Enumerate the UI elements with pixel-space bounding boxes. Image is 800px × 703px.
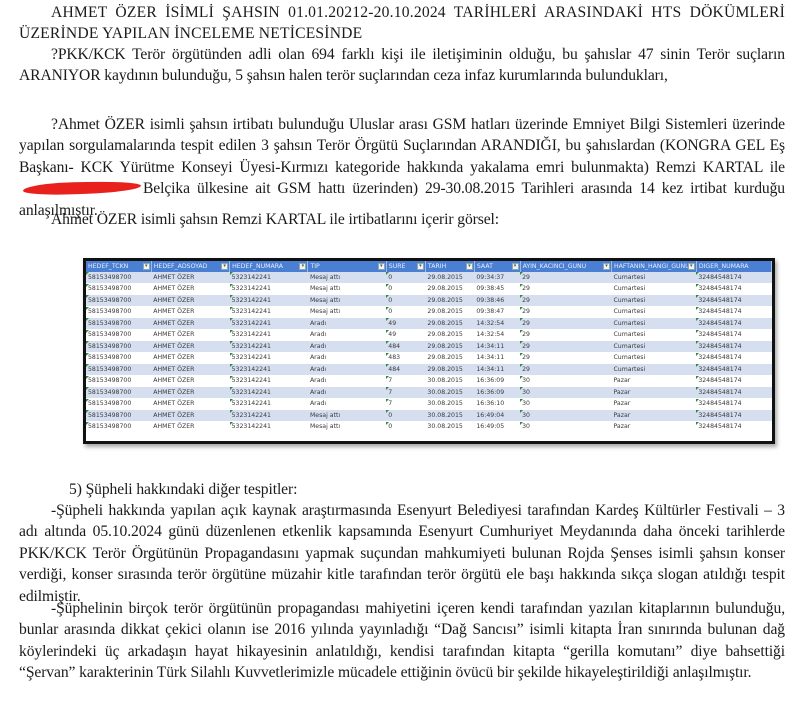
column-header-label: AYIN_KACINCI_GUNU	[523, 263, 587, 270]
cell-sure: 0	[386, 272, 425, 283]
cell-hedef-tckn: 58153498700	[86, 306, 151, 318]
cell-ayin-kacinci-gunu: 29	[520, 283, 611, 295]
cell-hedef-adsoyad: AHMET ÖZER	[151, 364, 229, 376]
column-header-hedef-numara[interactable]: HEDEF_NUMARA▾	[230, 261, 308, 272]
cell-hedef-numara: 5323142241	[230, 421, 308, 433]
table-row: 58153498700AHMET ÖZER5323142241Aradı730.…	[86, 387, 772, 399]
cell-hedef-adsoyad: AHMET ÖZER	[151, 318, 229, 330]
cell-tarih: 29.08.2015	[425, 341, 474, 353]
cell-saat: 16:49:05	[474, 421, 520, 433]
cell-hedef-tckn: 58153498700	[86, 421, 151, 433]
table-header-row: HEDEF_TCKN▾HEDEF_ADSOYAD▾HEDEF_NUMARA▾TI…	[86, 261, 772, 272]
paragraph-text-before-redaction: ?Ahmet ÖZER isimli şahsın irtibatı bulun…	[19, 116, 785, 176]
cell-hedef-tckn: 58153498700	[86, 341, 151, 353]
cell-diger-numara: 32484548174	[696, 398, 771, 410]
cell-sure: 0	[386, 421, 425, 433]
filter-dropdown-icon[interactable]: ▾	[221, 263, 228, 270]
cell-haftanin-hangi-gunu: Cumartesi	[611, 306, 696, 318]
table-row: 58153498700AHMET ÖZER5323142241Aradı4832…	[86, 352, 772, 364]
table-row: 58153498700AHMET ÖZER5323142241Aradı4842…	[86, 364, 772, 376]
cell-saat: 14:32:54	[474, 318, 520, 330]
cell-haftanin-hangi-gunu: Cumartesi	[611, 318, 696, 330]
column-header-label: SURE	[389, 263, 406, 270]
table-row: 58153498700AHMET ÖZER5323142241Mesaj att…	[86, 421, 772, 433]
cell-ayin-kacinci-gunu: 29	[520, 352, 611, 364]
hts-records-table: HEDEF_TCKN▾HEDEF_ADSOYAD▾HEDEF_NUMARA▾TI…	[86, 261, 772, 433]
cell-saat: 16:36:09	[474, 375, 520, 387]
cell-hedef-numara: 5323142241	[230, 352, 308, 364]
cell-saat: 09:38:46	[474, 295, 520, 307]
cell-ayin-kacinci-gunu: 29	[520, 306, 611, 318]
cell-saat: 16:36:09	[474, 387, 520, 399]
cell-diger-numara: 32484548174	[696, 295, 771, 307]
hts-records-screenshot: HEDEF_TCKN▾HEDEF_ADSOYAD▾HEDEF_NUMARA▾TI…	[83, 258, 775, 444]
column-header-haftanin-hangi-gunu[interactable]: HAFTANIN_HANGI_GUNU▾	[611, 261, 696, 272]
cell-hedef-adsoyad: AHMET ÖZER	[151, 387, 229, 399]
column-header-tarih[interactable]: TARIH▾	[425, 261, 474, 272]
cell-tip: Aradı	[308, 364, 386, 376]
cell-diger-numara: 32484548174	[696, 272, 771, 283]
cell-hedef-tckn: 58153498700	[86, 398, 151, 410]
column-header-label: HEDEF_ADSOYAD	[154, 263, 208, 270]
cell-sure: 483	[386, 352, 425, 364]
filter-dropdown-icon[interactable]: ▾	[299, 263, 306, 270]
cell-haftanin-hangi-gunu: Pazar	[611, 375, 696, 387]
cell-tip: Mesaj attı	[308, 272, 386, 283]
redaction-mark	[23, 180, 141, 196]
filter-dropdown-icon[interactable]: ▾	[688, 263, 695, 270]
cell-hedef-tckn: 58153498700	[86, 318, 151, 330]
cell-haftanin-hangi-gunu: Pazar	[611, 398, 696, 410]
cell-hedef-adsoyad: AHMET ÖZER	[151, 341, 229, 353]
cell-hedef-numara: 5323142241	[230, 341, 308, 353]
cell-tip: Mesaj attı	[308, 283, 386, 295]
cell-saat: 16:36:10	[474, 398, 520, 410]
cell-hedef-tckn: 58153498700	[86, 283, 151, 295]
cell-diger-numara: 32484548174	[696, 352, 771, 364]
column-header-label: HAFTANIN_HANGI_GUNU	[614, 263, 690, 270]
cell-tip: Mesaj attı	[308, 410, 386, 422]
cell-tip: Mesaj attı	[308, 421, 386, 433]
cell-tarih: 29.08.2015	[425, 283, 474, 295]
cell-hedef-adsoyad: AHMET ÖZER	[151, 272, 229, 283]
cell-hedef-adsoyad: AHMET ÖZER	[151, 398, 229, 410]
column-header-hedef-adsoyad[interactable]: HEDEF_ADSOYAD▾	[151, 261, 229, 272]
column-header-diger-numara[interactable]: DIGER_NUMARA	[696, 261, 771, 272]
column-header-ayin-kacinci-gunu[interactable]: AYIN_KACINCI_GUNU▾	[520, 261, 611, 272]
cell-hedef-numara: 5323142241	[230, 318, 308, 330]
cell-diger-numara: 32484548174	[696, 364, 771, 376]
cell-hedef-tckn: 58153498700	[86, 352, 151, 364]
cell-saat: 14:34:11	[474, 341, 520, 353]
cell-hedef-numara: 5323142241	[230, 272, 308, 283]
cell-tarih: 30.08.2015	[425, 410, 474, 422]
table-row: 58153498700AHMET ÖZER5323142241Aradı730.…	[86, 398, 772, 410]
cell-sure: 484	[386, 341, 425, 353]
figure-caption: Ahmet ÖZER isimli şahsın Remzi KARTAL il…	[19, 209, 785, 230]
column-header-hedef-tckn[interactable]: HEDEF_TCKN▾	[86, 261, 151, 272]
paragraph-open-source-research: -Şüpheli hakkında yapılan açık kaynak ar…	[19, 500, 785, 607]
cell-hedef-numara: 5323142241	[230, 375, 308, 387]
column-header-label: HEDEF_NUMARA	[232, 263, 283, 270]
cell-tip: Aradı	[308, 329, 386, 341]
cell-hedef-adsoyad: AHMET ÖZER	[151, 329, 229, 341]
cell-tarih: 29.08.2015	[425, 306, 474, 318]
cell-diger-numara: 32484548174	[696, 283, 771, 295]
filter-dropdown-icon[interactable]: ▾	[466, 263, 473, 270]
cell-haftanin-hangi-gunu: Cumartesi	[611, 329, 696, 341]
cell-ayin-kacinci-gunu: 29	[520, 329, 611, 341]
cell-tip: Aradı	[308, 398, 386, 410]
cell-hedef-numara: 5323142241	[230, 295, 308, 307]
cell-hedef-numara: 5323142241	[230, 364, 308, 376]
cell-saat: 16:49:04	[474, 410, 520, 422]
cell-tarih: 29.08.2015	[425, 352, 474, 364]
cell-ayin-kacinci-gunu: 29	[520, 364, 611, 376]
cell-hedef-adsoyad: AHMET ÖZER	[151, 283, 229, 295]
cell-hedef-adsoyad: AHMET ÖZER	[151, 295, 229, 307]
cell-ayin-kacinci-gunu: 30	[520, 410, 611, 422]
column-header-label: SAAT	[477, 263, 493, 270]
cell-saat: 14:34:11	[474, 364, 520, 376]
cell-hedef-tckn: 58153498700	[86, 329, 151, 341]
cell-tip: Aradı	[308, 387, 386, 399]
cell-hedef-numara: 5323142241	[230, 329, 308, 341]
cell-diger-numara: 32484548174	[696, 421, 771, 433]
cell-sure: 0	[386, 306, 425, 318]
cell-ayin-kacinci-gunu: 29	[520, 272, 611, 283]
cell-haftanin-hangi-gunu: Pazar	[611, 410, 696, 422]
cell-tarih: 30.08.2015	[425, 421, 474, 433]
cell-diger-numara: 32484548174	[696, 329, 771, 341]
filter-dropdown-icon[interactable]: ▾	[143, 263, 150, 270]
column-header-label: DIGER_NUMARA	[699, 263, 749, 270]
cell-haftanin-hangi-gunu: Pazar	[611, 387, 696, 399]
cell-saat: 14:34:11	[474, 352, 520, 364]
cell-hedef-adsoyad: AHMET ÖZER	[151, 352, 229, 364]
paragraph-contacts-summary: ?PKK/KCK Terör örgütünden adli olan 694 …	[19, 44, 785, 87]
cell-tarih: 30.08.2015	[425, 375, 474, 387]
cell-tip: Aradı	[308, 341, 386, 353]
table-row: 58153498700AHMET ÖZER5323142241Aradı4929…	[86, 318, 772, 330]
cell-tarih: 29.08.2015	[425, 364, 474, 376]
cell-hedef-adsoyad: AHMET ÖZER	[151, 421, 229, 433]
cell-tip: Aradı	[308, 352, 386, 364]
cell-tip: Aradı	[308, 375, 386, 387]
cell-sure: 7	[386, 387, 425, 399]
cell-sure: 49	[386, 318, 425, 330]
column-header-label: TARIH	[428, 263, 446, 270]
table-row: 58153498700AHMET ÖZER5323142241Mesaj att…	[86, 410, 772, 422]
table-row: 58153498700AHMET ÖZER5323142241Aradı4842…	[86, 341, 772, 353]
table-row: 58153498700AHMET ÖZER5323142241Mesaj att…	[86, 306, 772, 318]
cell-sure: 7	[386, 375, 425, 387]
cell-saat: 09:34:37	[474, 272, 520, 283]
cell-hedef-tckn: 58153498700	[86, 364, 151, 376]
cell-diger-numara: 32484548174	[696, 387, 771, 399]
cell-ayin-kacinci-gunu: 29	[520, 295, 611, 307]
cell-hedef-numara: 5323142241	[230, 283, 308, 295]
cell-hedef-numara: 5323142241	[230, 398, 308, 410]
cell-saat: 09:38:47	[474, 306, 520, 318]
cell-ayin-kacinci-gunu: 29	[520, 318, 611, 330]
cell-sure: 0	[386, 283, 425, 295]
cell-diger-numara: 32484548174	[696, 306, 771, 318]
paragraph-books: -Şüphelinin birçok terör örgütünün propa…	[19, 598, 785, 684]
cell-diger-numara: 32484548174	[696, 341, 771, 353]
cell-tip: Mesaj attı	[308, 295, 386, 307]
cell-sure: 0	[386, 295, 425, 307]
cell-tarih: 30.08.2015	[425, 398, 474, 410]
cell-hedef-numara: 5323142241	[230, 410, 308, 422]
cell-diger-numara: 32484548174	[696, 375, 771, 387]
cell-hedef-adsoyad: AHMET ÖZER	[151, 375, 229, 387]
cell-hedef-tckn: 58153498700	[86, 295, 151, 307]
column-header-tip[interactable]: TIP▾	[308, 261, 386, 272]
cell-haftanin-hangi-gunu: Pazar	[611, 421, 696, 433]
column-header-label: TIP	[310, 263, 319, 270]
cell-tip: Aradı	[308, 318, 386, 330]
cell-ayin-kacinci-gunu: 30	[520, 375, 611, 387]
cell-sure: 7	[386, 398, 425, 410]
cell-tarih: 29.08.2015	[425, 295, 474, 307]
cell-tarih: 29.08.2015	[425, 318, 474, 330]
cell-hedef-tckn: 58153498700	[86, 387, 151, 399]
cell-diger-numara: 32484548174	[696, 410, 771, 422]
cell-haftanin-hangi-gunu: Cumartesi	[611, 364, 696, 376]
cell-hedef-adsoyad: AHMET ÖZER	[151, 410, 229, 422]
cell-haftanin-hangi-gunu: Cumartesi	[611, 272, 696, 283]
cell-tip: Mesaj attı	[308, 306, 386, 318]
cell-ayin-kacinci-gunu: 30	[520, 398, 611, 410]
cell-sure: 49	[386, 329, 425, 341]
table-row: 58153498700AHMET ÖZER5323142241Mesaj att…	[86, 295, 772, 307]
table-row: 58153498700AHMET ÖZER5323142241Mesaj att…	[86, 283, 772, 295]
column-header-sure[interactable]: SURE▾	[386, 261, 425, 272]
cell-sure: 0	[386, 410, 425, 422]
cell-tarih: 29.08.2015	[425, 329, 474, 341]
cell-haftanin-hangi-gunu: Cumartesi	[611, 341, 696, 353]
filter-dropdown-icon[interactable]: ▾	[417, 263, 424, 270]
cell-hedef-numara: 5323142241	[230, 306, 308, 318]
cell-haftanin-hangi-gunu: Cumartesi	[611, 352, 696, 364]
cell-ayin-kacinci-gunu: 30	[520, 387, 611, 399]
document-page: AHMET ÖZER İSİMLİ ŞAHSIN 01.01.20212-20.…	[0, 0, 800, 703]
table-row: 58153498700AHMET ÖZER5323142241Mesaj att…	[86, 272, 772, 283]
cell-hedef-tckn: 58153498700	[86, 272, 151, 283]
cell-saat: 09:38:45	[474, 283, 520, 295]
cell-ayin-kacinci-gunu: 29	[520, 341, 611, 353]
paragraph-international-gsm: ?Ahmet ÖZER isimli şahsın irtibatı bulun…	[19, 114, 785, 221]
section-title-other-findings: 5) Şüpheli hakkındaki diğer tespitler:	[69, 479, 769, 500]
cell-tarih: 30.08.2015	[425, 387, 474, 399]
cell-haftanin-hangi-gunu: Cumartesi	[611, 295, 696, 307]
cell-ayin-kacinci-gunu: 30	[520, 421, 611, 433]
cell-tarih: 29.08.2015	[425, 272, 474, 283]
cell-saat: 14:32:54	[474, 329, 520, 341]
table-row: 58153498700AHMET ÖZER5323142241Aradı730.…	[86, 375, 772, 387]
column-header-saat[interactable]: SAAT▾	[474, 261, 520, 272]
filter-dropdown-icon[interactable]: ▾	[378, 263, 385, 270]
filter-dropdown-icon[interactable]: ▾	[512, 263, 519, 270]
filter-dropdown-icon[interactable]: ▾	[603, 263, 610, 270]
cell-hedef-numara: 5323142241	[230, 387, 308, 399]
cell-hedef-tckn: 58153498700	[86, 410, 151, 422]
table-body: 58153498700AHMET ÖZER5323142241Mesaj att…	[86, 272, 772, 433]
cell-sure: 484	[386, 364, 425, 376]
cell-haftanin-hangi-gunu: Cumartesi	[611, 283, 696, 295]
cell-hedef-tckn: 58153498700	[86, 375, 151, 387]
table-row: 58153498700AHMET ÖZER5323142241Aradı4929…	[86, 329, 772, 341]
cell-hedef-adsoyad: AHMET ÖZER	[151, 306, 229, 318]
column-header-label: HEDEF_TCKN	[88, 263, 128, 270]
report-heading: AHMET ÖZER İSİMLİ ŞAHSIN 01.01.20212-20.…	[19, 2, 785, 45]
cell-diger-numara: 32484548174	[696, 318, 771, 330]
